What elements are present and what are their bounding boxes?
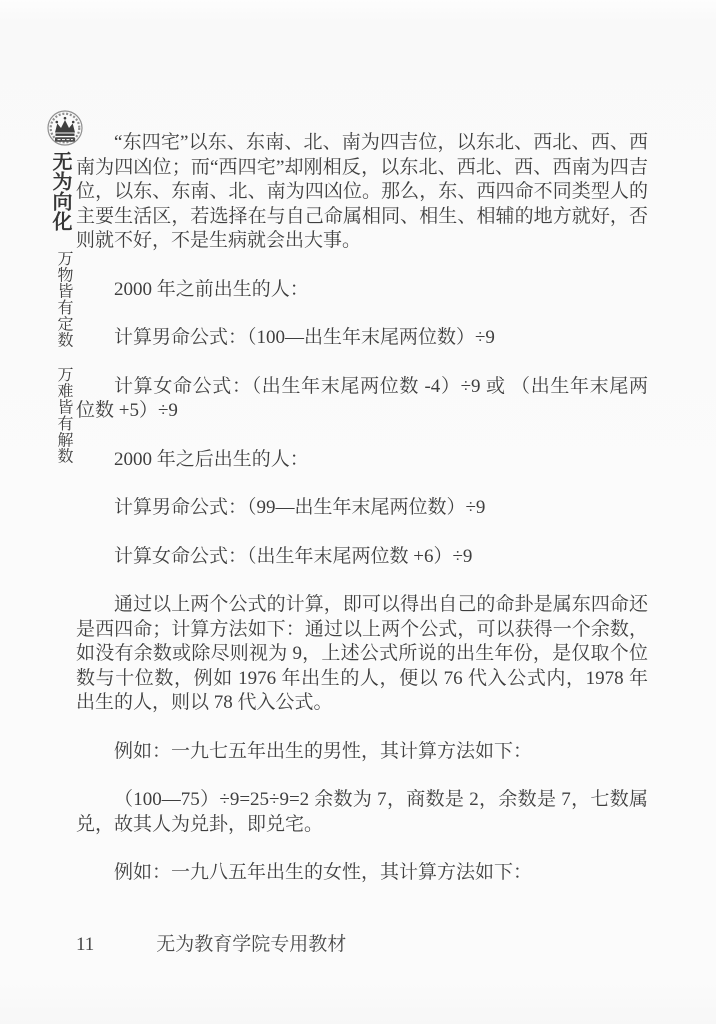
body-paragraph-houses: “东四宅”以东、东南、北、南为四吉位，以东北、西北、西、西南为四凶位；而“西四宅… [76, 131, 648, 254]
formula-female-post-2000: 计算女命公式：（出生年末尾两位数 +6）÷9 [76, 545, 648, 570]
footer-material-label: 无为教育学院专用教材 [156, 929, 346, 956]
body-paragraph-method: 通过以上两个公式的计算，即可以得出自己的命卦是属东四命还是西四命；计算方法如下：… [76, 593, 648, 716]
example-female-label: 例如：一九八五年出生的女性，其计算方法如下： [76, 861, 648, 886]
page-number: 11 [76, 934, 94, 956]
formula-male-pre-2000: 计算男命公式：（100—出生年末尾两位数）÷9 [76, 326, 648, 351]
sidebar-motto-tertiary: 万难皆有解数 [54, 366, 72, 464]
book-page: 无为向化 万物皆有定数 万难皆有解数 “东四宅”以东、东南、北、南为四吉位，以东… [0, 0, 716, 1024]
sidebar-motto-primary: 无为向化 [48, 151, 72, 231]
section-label-pre-2000: 2000 年之前出生的人： [76, 278, 648, 303]
page-footer: 11 无为教育学院专用教材 [76, 929, 346, 956]
sidebar-motto-secondary: 万物皆有定数 [54, 250, 72, 348]
page-body: “东四宅”以东、东南、北、南为四吉位，以东北、西北、西、西南为四凶位；而“西四宅… [76, 131, 648, 886]
formula-male-post-2000: 计算男命公式：（99—出生年末尾两位数）÷9 [76, 496, 648, 521]
example-male-label: 例如：一九七五年出生的男性，其计算方法如下： [76, 740, 648, 765]
section-label-post-2000: 2000 年之后出生的人： [76, 448, 648, 473]
formula-female-pre-2000: 计算女命公式：（出生年末尾两位数 -4）÷9 或 （出生年末尾两位数 +5）÷9 [76, 375, 648, 424]
example-male-calculation: （100—75）÷9=25÷9=2 余数为 7，商数是 2，余数是 7，七数属兑… [76, 788, 648, 837]
